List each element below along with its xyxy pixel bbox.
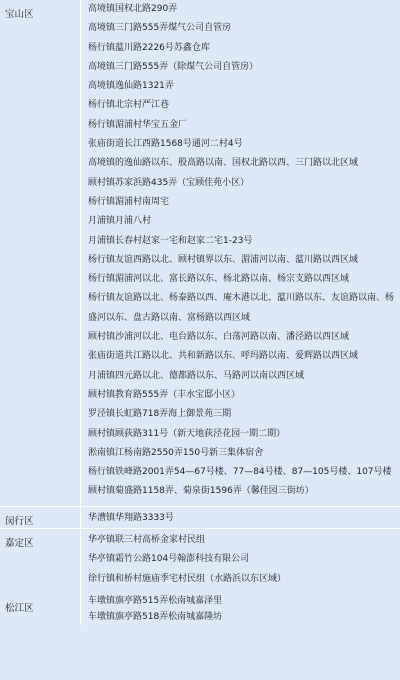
district-row-baoshan: 宝山区 高境镇国权北路290弄 高境镇三门路555弄煤气公司自管房 杨行镇蕰川路…: [0, 0, 400, 507]
district-label: 松江区: [0, 589, 81, 625]
address-item: 顾村镇顾荻路311号（新天地荻泾花园一期二期）: [88, 425, 396, 444]
address-item: 华亭镇霜竹公路104号翰澎科技有限公司: [88, 550, 396, 569]
address-item: 徐行镇和桥村施庙季宅村民组（水路浜以东区域）: [88, 570, 396, 589]
district-row-jiading: 嘉定区 华亭镇联三村高桥金家村民组 华亭镇霜竹公路104号翰澎科技有限公司 徐行…: [0, 529, 400, 589]
district-label: 宝山区: [0, 0, 81, 506]
address-item: 杨行镇湄浦村南周宅: [88, 193, 396, 212]
address-item: 顾村镇教育路555弄（丰水宝邸小区）: [88, 386, 396, 405]
address-item: 杨行镇湄浦村华宝五金厂: [88, 116, 396, 135]
address-list: 高境镇国权北路290弄 高境镇三门路555弄煤气公司自管房 杨行镇蕰川路2226…: [81, 0, 400, 506]
address-item: 淞南镇江杨南路2550弄150号新三集体宿舍: [88, 444, 396, 463]
address-item: 杨行镇友谊西路以北、顾村镇界以东、湄浦河以南、蕰川路以西区域: [88, 251, 396, 270]
address-item: 华亭镇联三村高桥金家村民组: [88, 531, 396, 550]
address-item: 月浦镇四元路以北、德都路以东、马路河以南以西区域: [88, 367, 396, 386]
district-row-songjiang: 松江区 车墩镇旗亭路515弄松南城嘉泽里 车墩镇旗亭路518弄松南城嘉隆坊: [0, 589, 400, 625]
address-item: 车墩镇旗亭路515弄松南城嘉泽里: [88, 593, 396, 609]
address-list: 华漕镇华翔路3333号: [81, 507, 400, 528]
address-item: 月浦镇月浦八村: [88, 212, 396, 231]
district-label: 闵行区: [0, 507, 81, 528]
address-item: 杨行镇友谊路以北、杨泰路以西、庵木港以北、蕰川路以东、友谊路以南、杨盛河以东、盘…: [88, 289, 396, 328]
address-item: 月浦镇长春村赵家一宅和赵家二宅1-23号: [88, 232, 396, 251]
address-item: 高境镇三门路555弄（除煤气公司自管房）: [88, 58, 396, 77]
address-item: 张庙街道长江西路1568号通河二村4号: [88, 135, 396, 154]
lockdown-address-table: 宝山区 高境镇国权北路290弄 高境镇三门路555弄煤气公司自管房 杨行镇蕰川路…: [0, 0, 400, 625]
address-item: 高境镇国权北路290弄: [88, 0, 396, 19]
district-row-minhang: 闵行区 华漕镇华翔路3333号: [0, 507, 400, 529]
address-item: 顾村镇菊盛路1158弄、菊泉街1596弄（馨佳园三街坊）: [88, 482, 396, 501]
address-item: 张庙街道共江路以北、共和新路以东、呼玛路以南、爱辉路以西区域: [88, 347, 396, 366]
address-item: 车墩镇旗亭路518弄松南城嘉隆坊: [88, 609, 396, 625]
address-item: 杨行镇铁峰路2001弄54—67号楼、77—84号楼、87—105号楼、107号…: [88, 463, 396, 482]
address-item: 杨行镇蕰川路2226号苏鑫仓库: [88, 39, 396, 58]
address-item: 高境镇三门路555弄煤气公司自管房: [88, 19, 396, 38]
district-label: 嘉定区: [0, 529, 81, 589]
address-item: 高境镇的逸仙路以东、殷高路以南、国权北路以西、三门路以北区域: [88, 154, 396, 173]
address-item: 高境镇逸仙路1321弄: [88, 77, 396, 96]
address-item: 顾村镇苏家浜路435弄（宝顾佳苑小区）: [88, 174, 396, 193]
address-item: 顾村镇沙浦河以北、电台路以东、白荡河路以南、潘泾路以西区域: [88, 328, 396, 347]
address-item: 罗泾镇长虹路718弄海上御景苑三期: [88, 405, 396, 424]
address-list: 车墩镇旗亭路515弄松南城嘉泽里 车墩镇旗亭路518弄松南城嘉隆坊: [81, 589, 400, 625]
address-item: 杨行镇湄浦河以北、富长路以东、杨北路以南、杨宗支路以西区域: [88, 270, 396, 289]
address-list: 华亭镇联三村高桥金家村民组 华亭镇霜竹公路104号翰澎科技有限公司 徐行镇和桥村…: [81, 529, 400, 589]
address-item: 华漕镇华翔路3333号: [88, 509, 396, 528]
address-item: 杨行镇北宗村严江巷: [88, 96, 396, 115]
